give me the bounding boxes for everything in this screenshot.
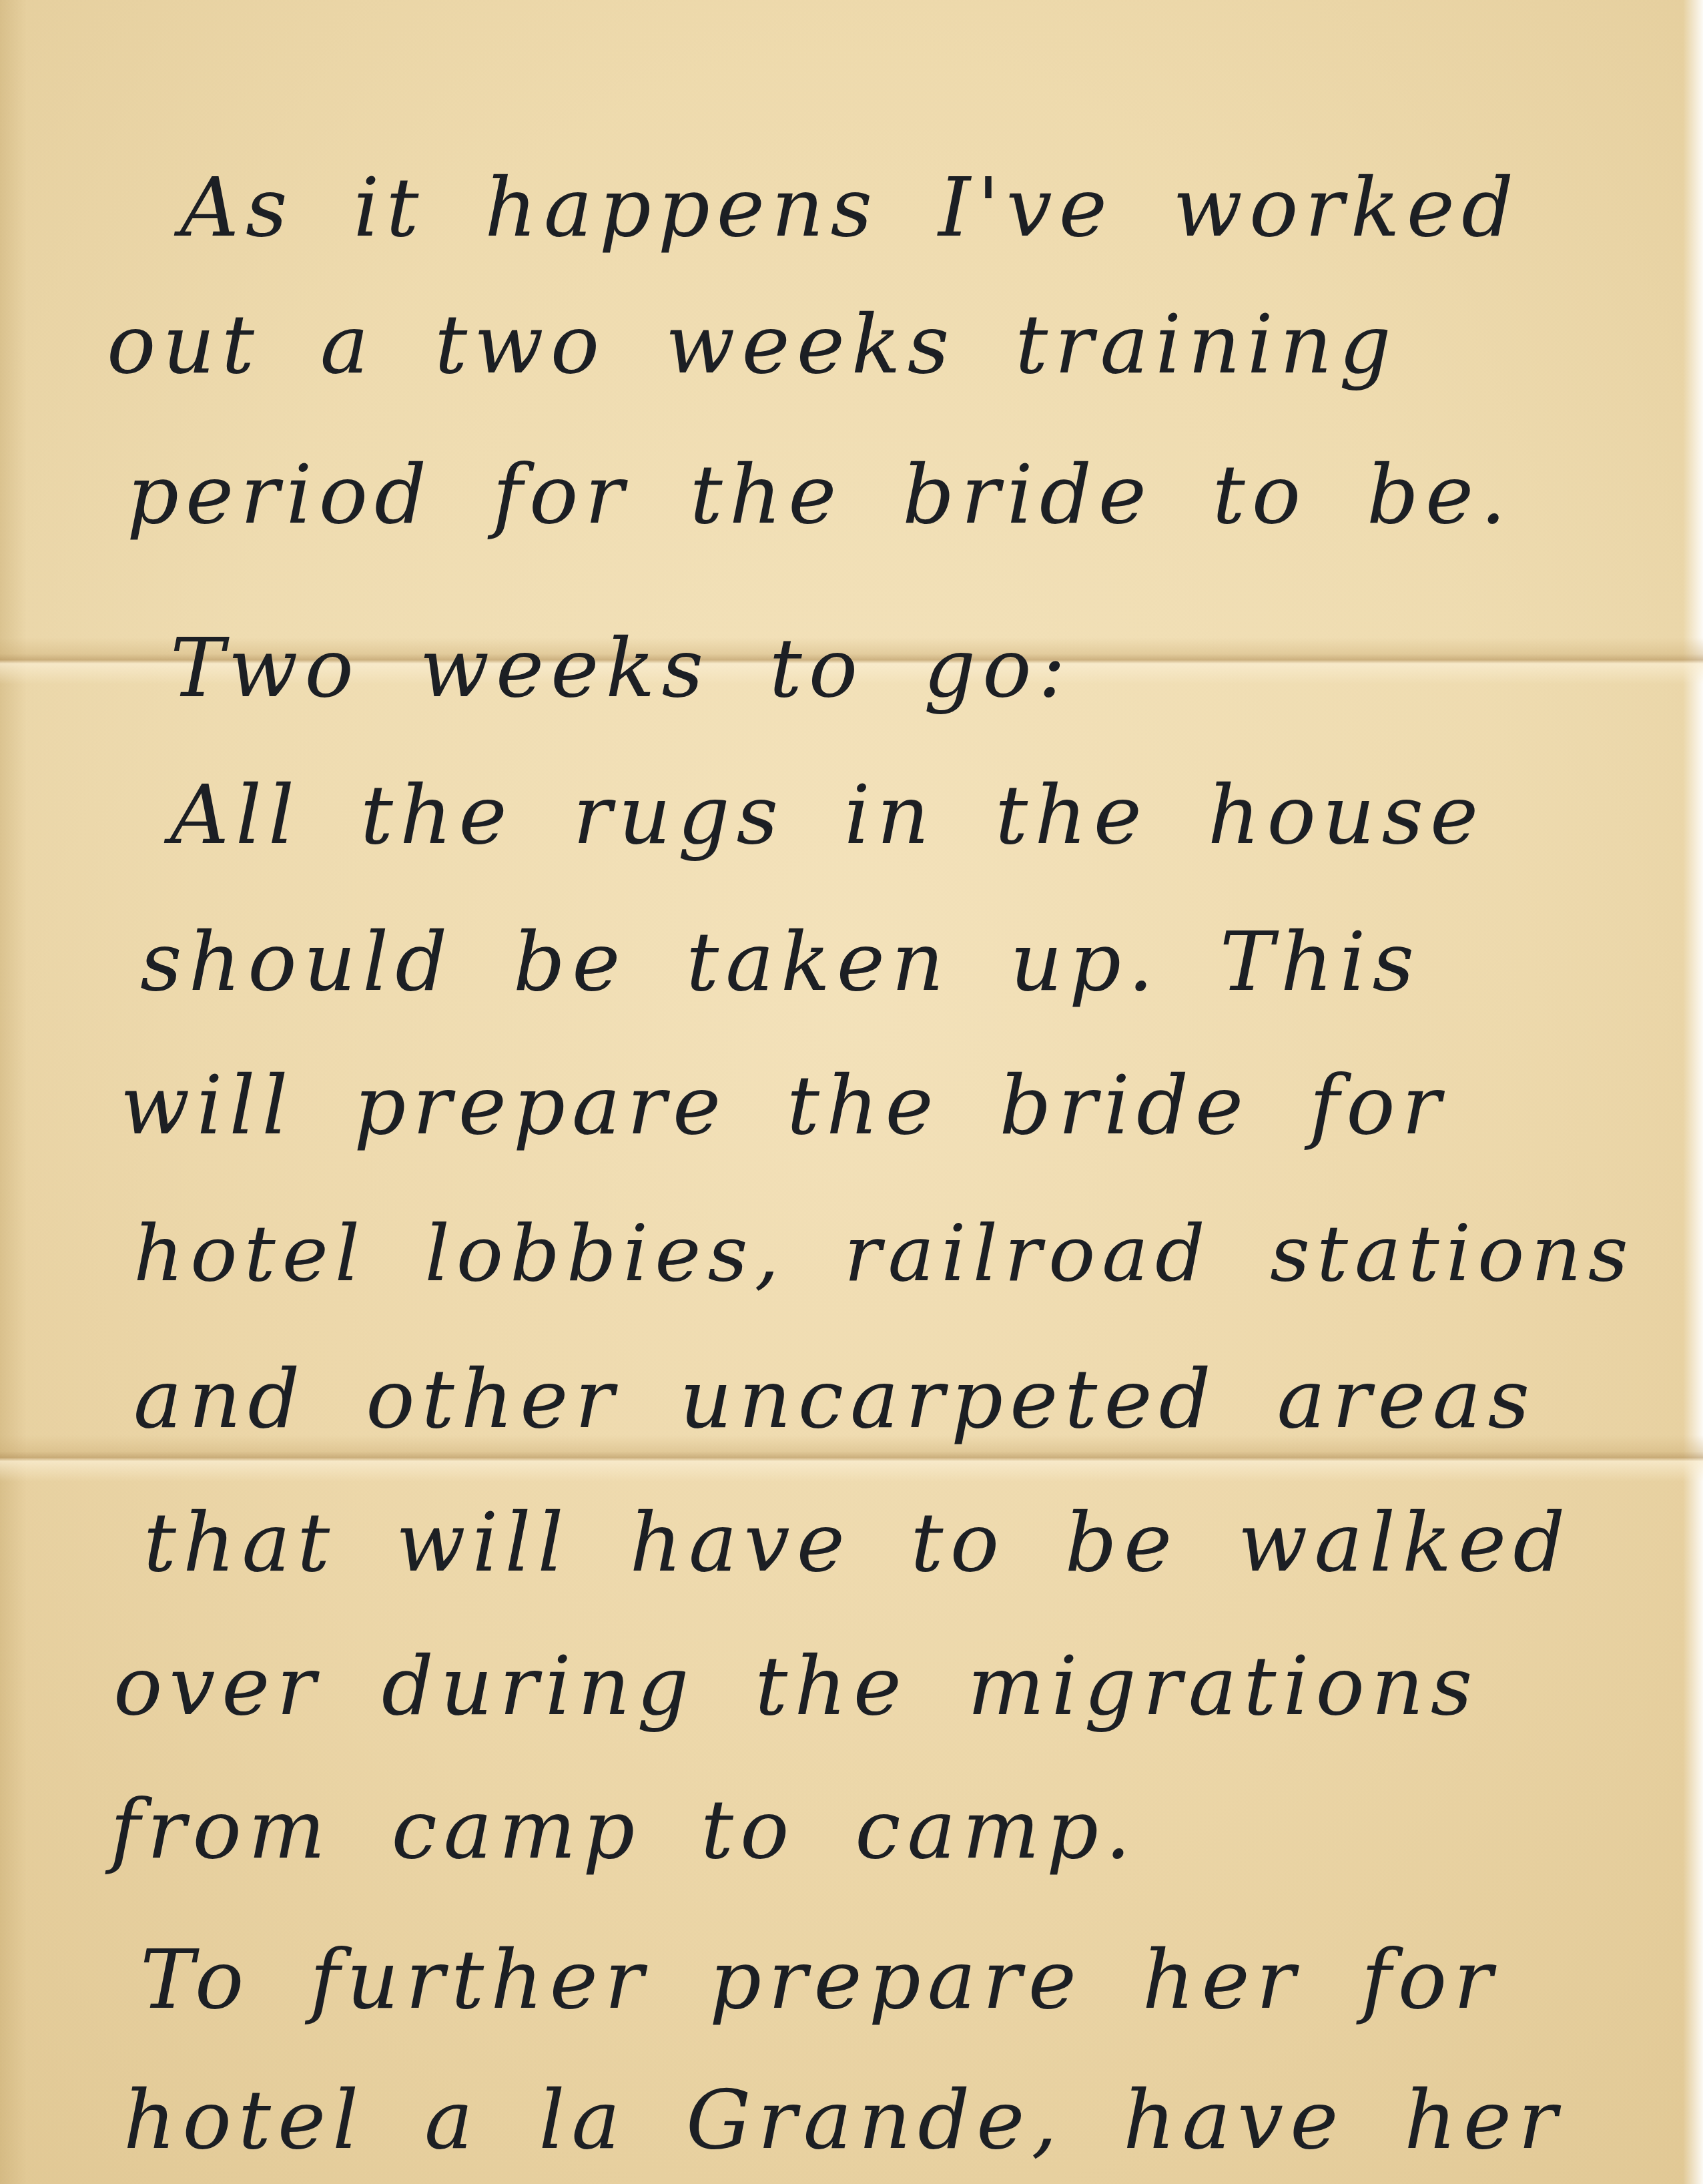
text-line: over during the migrations — [113, 1645, 1479, 1727]
text-line: hotel lobbies, railroad stations — [133, 1215, 1635, 1293]
text-line: out a two weeks training — [107, 304, 1398, 385]
text-line: that will have to be walked — [143, 1502, 1572, 1583]
text-line: All the rugs in the house — [170, 774, 1485, 856]
text-line: hotel a la Grande, have her — [123, 2079, 1564, 2161]
text-line: will prepare the bride for — [120, 1065, 1447, 1146]
text-line: Two weeks to go: — [170, 627, 1072, 709]
text-line: As it happens I've worked — [180, 167, 1520, 248]
text-line: period for the bride to be. — [127, 454, 1513, 535]
text-line: and other uncarpeted areas — [133, 1358, 1536, 1440]
text-line: should be taken up. This — [140, 921, 1421, 1003]
handwritten-text: As it happens I've worked out a two week… — [0, 0, 1703, 2184]
text-line: from camp to camp. — [110, 1789, 1138, 1870]
text-line: To further prepare her for — [140, 1939, 1499, 2020]
letter-page: As it happens I've worked out a two week… — [0, 0, 1703, 2184]
